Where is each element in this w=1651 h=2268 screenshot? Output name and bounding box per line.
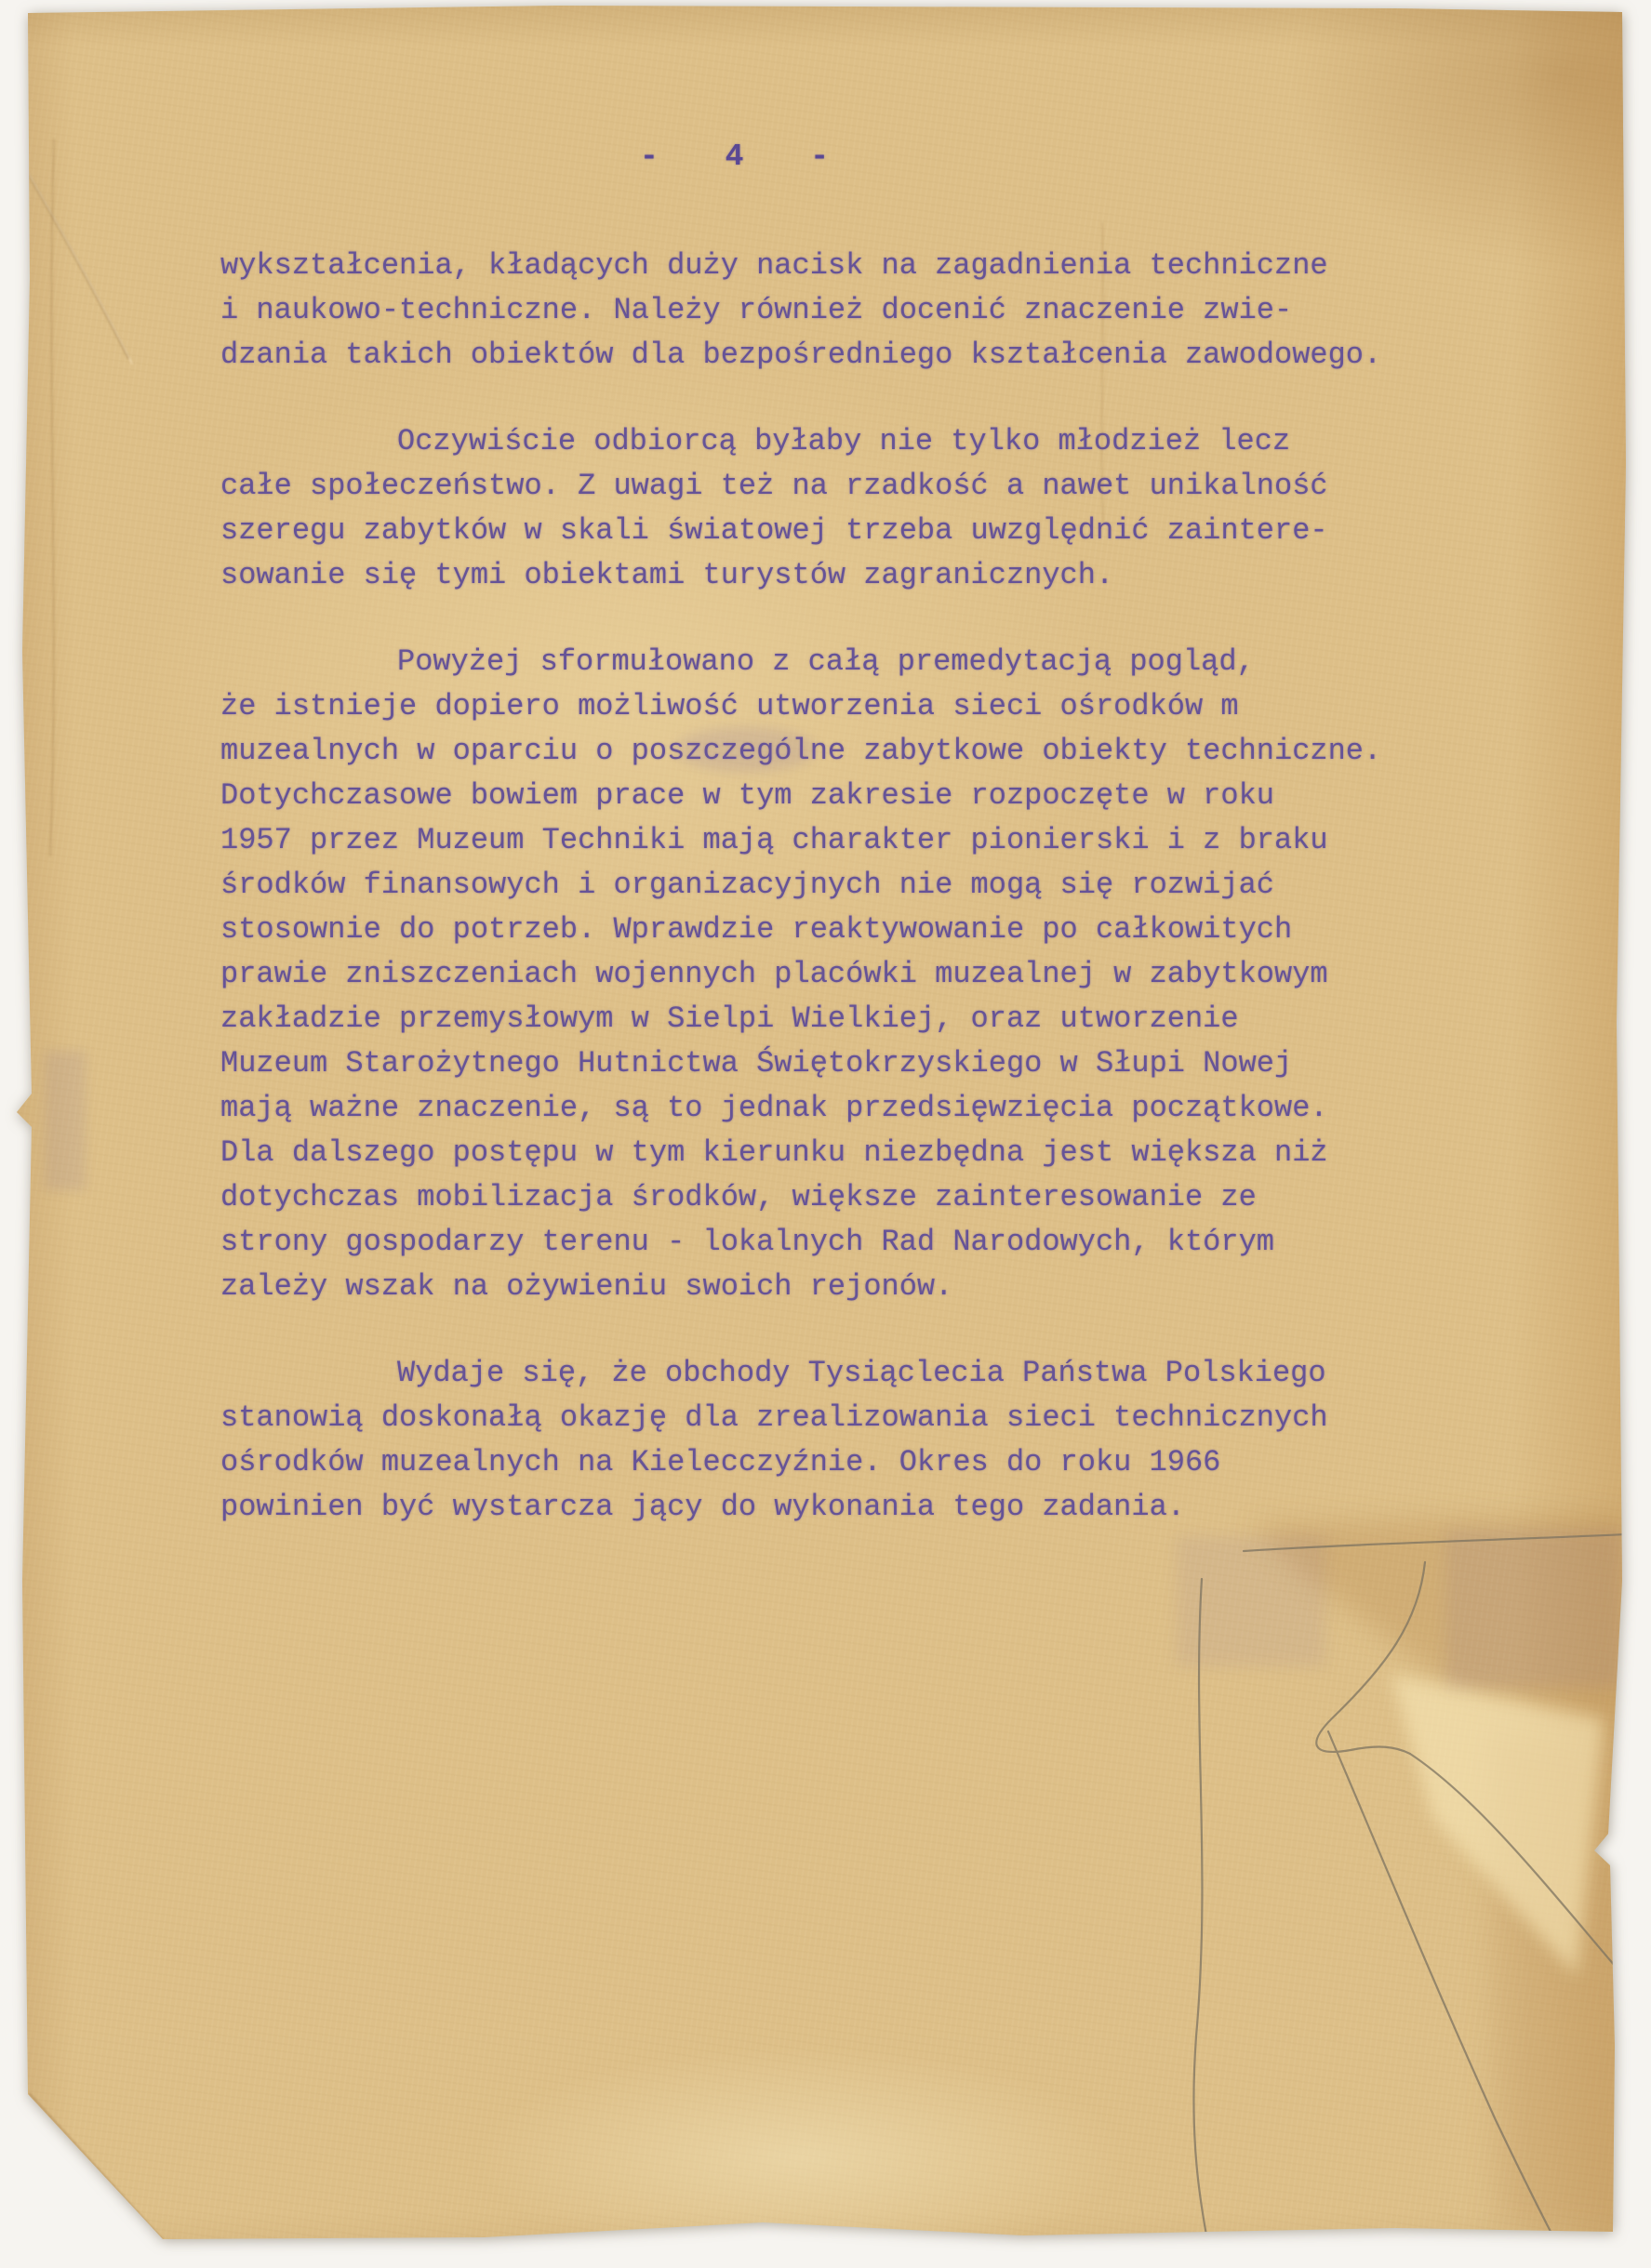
typewritten-text: wykształcenia, kładących duży nacisk na … (220, 244, 1411, 1572)
paragraph: Wydaje się, że obchody Tysiąclecia Państ… (220, 1351, 1411, 1530)
text-line: stanowią doskonałą okazję dla zrealizowa… (220, 1396, 1411, 1440)
pencil-marks (1193, 1534, 1626, 2265)
text-line: wykształcenia, kładących duży nacisk na … (220, 244, 1411, 288)
text-line: strony gospodarzy terenu - lokalnych Rad… (220, 1220, 1411, 1265)
document-page: - 4 - wykształcenia, kładących duży naci… (0, 0, 1651, 2268)
text-line: Muzeum Starożytnego Hutnictwa Świętokrzy… (220, 1041, 1411, 1086)
paragraph: wykształcenia, kładących duży nacisk na … (220, 244, 1411, 378)
text-line: całe społeczeństwo. Z uwagi też na rzadk… (220, 464, 1411, 509)
text-line: szeregu zabytków w skali światowej trzeb… (220, 509, 1411, 553)
text-line: dotychczas mobilizacja środków, większe … (220, 1175, 1411, 1220)
paragraph: Oczywiście odbiorcą byłaby nie tylko mło… (220, 419, 1411, 598)
text-line: muzealnych w oparciu o poszczególne zaby… (220, 729, 1411, 774)
paragraph: Powyżej sformułowano z całą premedytacją… (220, 640, 1411, 1309)
text-line: mają ważne znaczenie, są to jednak przed… (220, 1086, 1411, 1131)
text-line: i naukowo-techniczne. Należy również doc… (220, 288, 1411, 333)
scan-background: - 4 - wykształcenia, kładących duży naci… (0, 0, 1651, 2268)
text-line: zależy wszak na ożywieniu swoich rejonów… (220, 1265, 1411, 1309)
text-line: Dotychczasowe bowiem prace w tym zakresi… (220, 774, 1411, 818)
page-number: - 4 - (640, 139, 853, 174)
text-line: sowanie się tymi obiektami turystów zagr… (220, 553, 1411, 598)
text-line: środków finansowych i organizacyjnych ni… (220, 863, 1411, 908)
text-line: powinien być wystarcza jący do wykonania… (220, 1485, 1411, 1530)
text-line: Powyżej sformułowano z całą premedytacją… (220, 640, 1411, 684)
text-line: Dla dalszego postępu w tym kierunku niez… (220, 1131, 1411, 1175)
text-line: zakładzie przemysłowym w Sielpi Wielkiej… (220, 997, 1411, 1041)
text-line: że istnieje dopiero możliwość utworzenia… (220, 684, 1411, 729)
text-line: Oczywiście odbiorcą byłaby nie tylko mło… (220, 419, 1411, 464)
text-line: prawie zniszczeniach wojennych placówki … (220, 952, 1411, 997)
text-line: 1957 przez Muzeum Techniki mają charakte… (220, 818, 1411, 863)
text-line: Wydaje się, że obchody Tysiąclecia Państ… (220, 1351, 1411, 1396)
text-line: ośrodków muzealnych na Kielecczyźnie. Ok… (220, 1440, 1411, 1485)
text-line: stosownie do potrzeb. Wprawdzie reaktywo… (220, 908, 1411, 952)
text-line: dzania takich obiektów dla bezpośrednieg… (220, 333, 1411, 378)
